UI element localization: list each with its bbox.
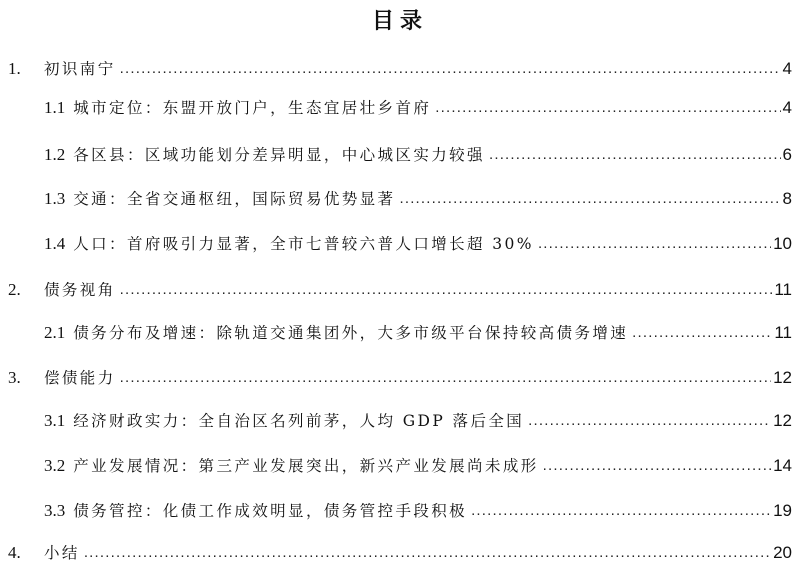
- toc-entry-number: 4.: [8, 541, 21, 565]
- toc-entry-label: 小结: [44, 541, 80, 565]
- toc-entry-page: 19: [773, 499, 792, 523]
- toc-entry-page: 20: [773, 541, 792, 565]
- toc-entry-label: 产业发展情况：第三产业发展突出，新兴产业发展尚未成形: [73, 454, 538, 478]
- toc-entry-number: 1.3: [44, 187, 65, 211]
- toc-entry-4[interactable]: 4. 小结 20: [0, 541, 792, 565]
- toc-entry-page: 10: [773, 232, 792, 256]
- toc-entry-1-3[interactable]: 1.3 交通：全省交通枢纽，国际贸易优势显著 8: [0, 187, 792, 211]
- toc-entry-1[interactable]: 1. 初识南宁 4: [0, 57, 792, 81]
- toc-entry-label: 债务视角: [44, 278, 116, 302]
- toc-entry-3[interactable]: 3. 偿债能力 12: [0, 366, 792, 390]
- dot-leader: [399, 187, 780, 211]
- dot-leader: [489, 143, 781, 167]
- toc-entry-page: 14: [773, 454, 792, 478]
- dot-leader: [528, 409, 771, 433]
- toc-title: 目录: [0, 4, 800, 35]
- toc-entry-number: 3.3: [44, 499, 65, 523]
- toc-entry-1-4[interactable]: 1.4 人口：首府吸引力显著，全市七普较六普人口增长超 30% 10: [0, 232, 792, 256]
- toc-entry-number: 1.: [8, 57, 21, 81]
- dot-leader: [120, 278, 773, 302]
- dot-leader: [120, 366, 771, 390]
- toc-entry-page: 4: [783, 96, 792, 120]
- toc-entry-number: 3.2: [44, 454, 65, 478]
- toc-entry-label: 人口：首府吸引力显著，全市七普较六普人口增长超 30%: [73, 232, 534, 256]
- toc-entry-3-2[interactable]: 3.2 产业发展情况：第三产业发展突出，新兴产业发展尚未成形 14: [0, 454, 792, 478]
- dot-leader: [435, 96, 780, 120]
- dot-leader: [120, 57, 781, 81]
- toc-entry-label: 交通：全省交通枢纽，国际贸易优势显著: [73, 187, 395, 211]
- toc-entry-number: 1.2: [44, 143, 65, 167]
- dot-leader: [471, 499, 771, 523]
- toc-entry-1-1[interactable]: 1.1 城市定位：东盟开放门户，生态宜居壮乡首府 4: [0, 96, 792, 120]
- toc-entry-number: 1.4: [44, 232, 65, 256]
- toc-entry-page: 11: [774, 321, 792, 345]
- toc-entry-label: 债务管控：化债工作成效明显，债务管控手段积极: [73, 499, 467, 523]
- toc-entry-number: 1.1: [44, 96, 65, 120]
- toc-entry-page: 11: [774, 278, 792, 302]
- toc-entry-3-3[interactable]: 3.3 债务管控：化债工作成效明显，债务管控手段积极 19: [0, 499, 792, 523]
- toc-entry-label: 经济财政实力：全自治区名列前茅，人均 GDP 落后全国: [73, 409, 524, 433]
- toc-entry-label: 偿债能力: [44, 366, 116, 390]
- toc-entry-1-2[interactable]: 1.2 各区县：区域功能划分差异明显，中心城区实力较强 6: [0, 143, 792, 167]
- toc-entry-2[interactable]: 2. 债务视角 11: [0, 278, 792, 302]
- toc-entry-number: 3.: [8, 366, 21, 390]
- toc-entry-page: 6: [783, 143, 792, 167]
- toc-entry-page: 8: [783, 187, 792, 211]
- toc-entry-number: 2.: [8, 278, 21, 302]
- toc-entry-number: 2.1: [44, 321, 65, 345]
- dot-leader: [538, 232, 771, 256]
- toc-entry-page: 12: [773, 366, 792, 390]
- toc-entry-2-1[interactable]: 2.1 债务分布及增速：除轨道交通集团外，大多市级平台保持较高债务增速 11: [0, 321, 792, 345]
- toc-entry-number: 3.1: [44, 409, 65, 433]
- toc-entry-label: 各区县：区域功能划分差异明显，中心城区实力较强: [73, 143, 485, 167]
- toc-entry-3-1[interactable]: 3.1 经济财政实力：全自治区名列前茅，人均 GDP 落后全国 12: [0, 409, 792, 433]
- dot-leader: [632, 321, 772, 345]
- dot-leader: [543, 454, 771, 478]
- toc-entry-page: 4: [783, 57, 792, 81]
- dot-leader: [84, 541, 771, 565]
- toc-entry-label: 城市定位：东盟开放门户，生态宜居壮乡首府: [73, 96, 431, 120]
- toc-entry-page: 12: [773, 409, 792, 433]
- toc-entry-label: 债务分布及增速：除轨道交通集团外，大多市级平台保持较高债务增速: [73, 321, 628, 345]
- toc-entry-label: 初识南宁: [44, 57, 116, 81]
